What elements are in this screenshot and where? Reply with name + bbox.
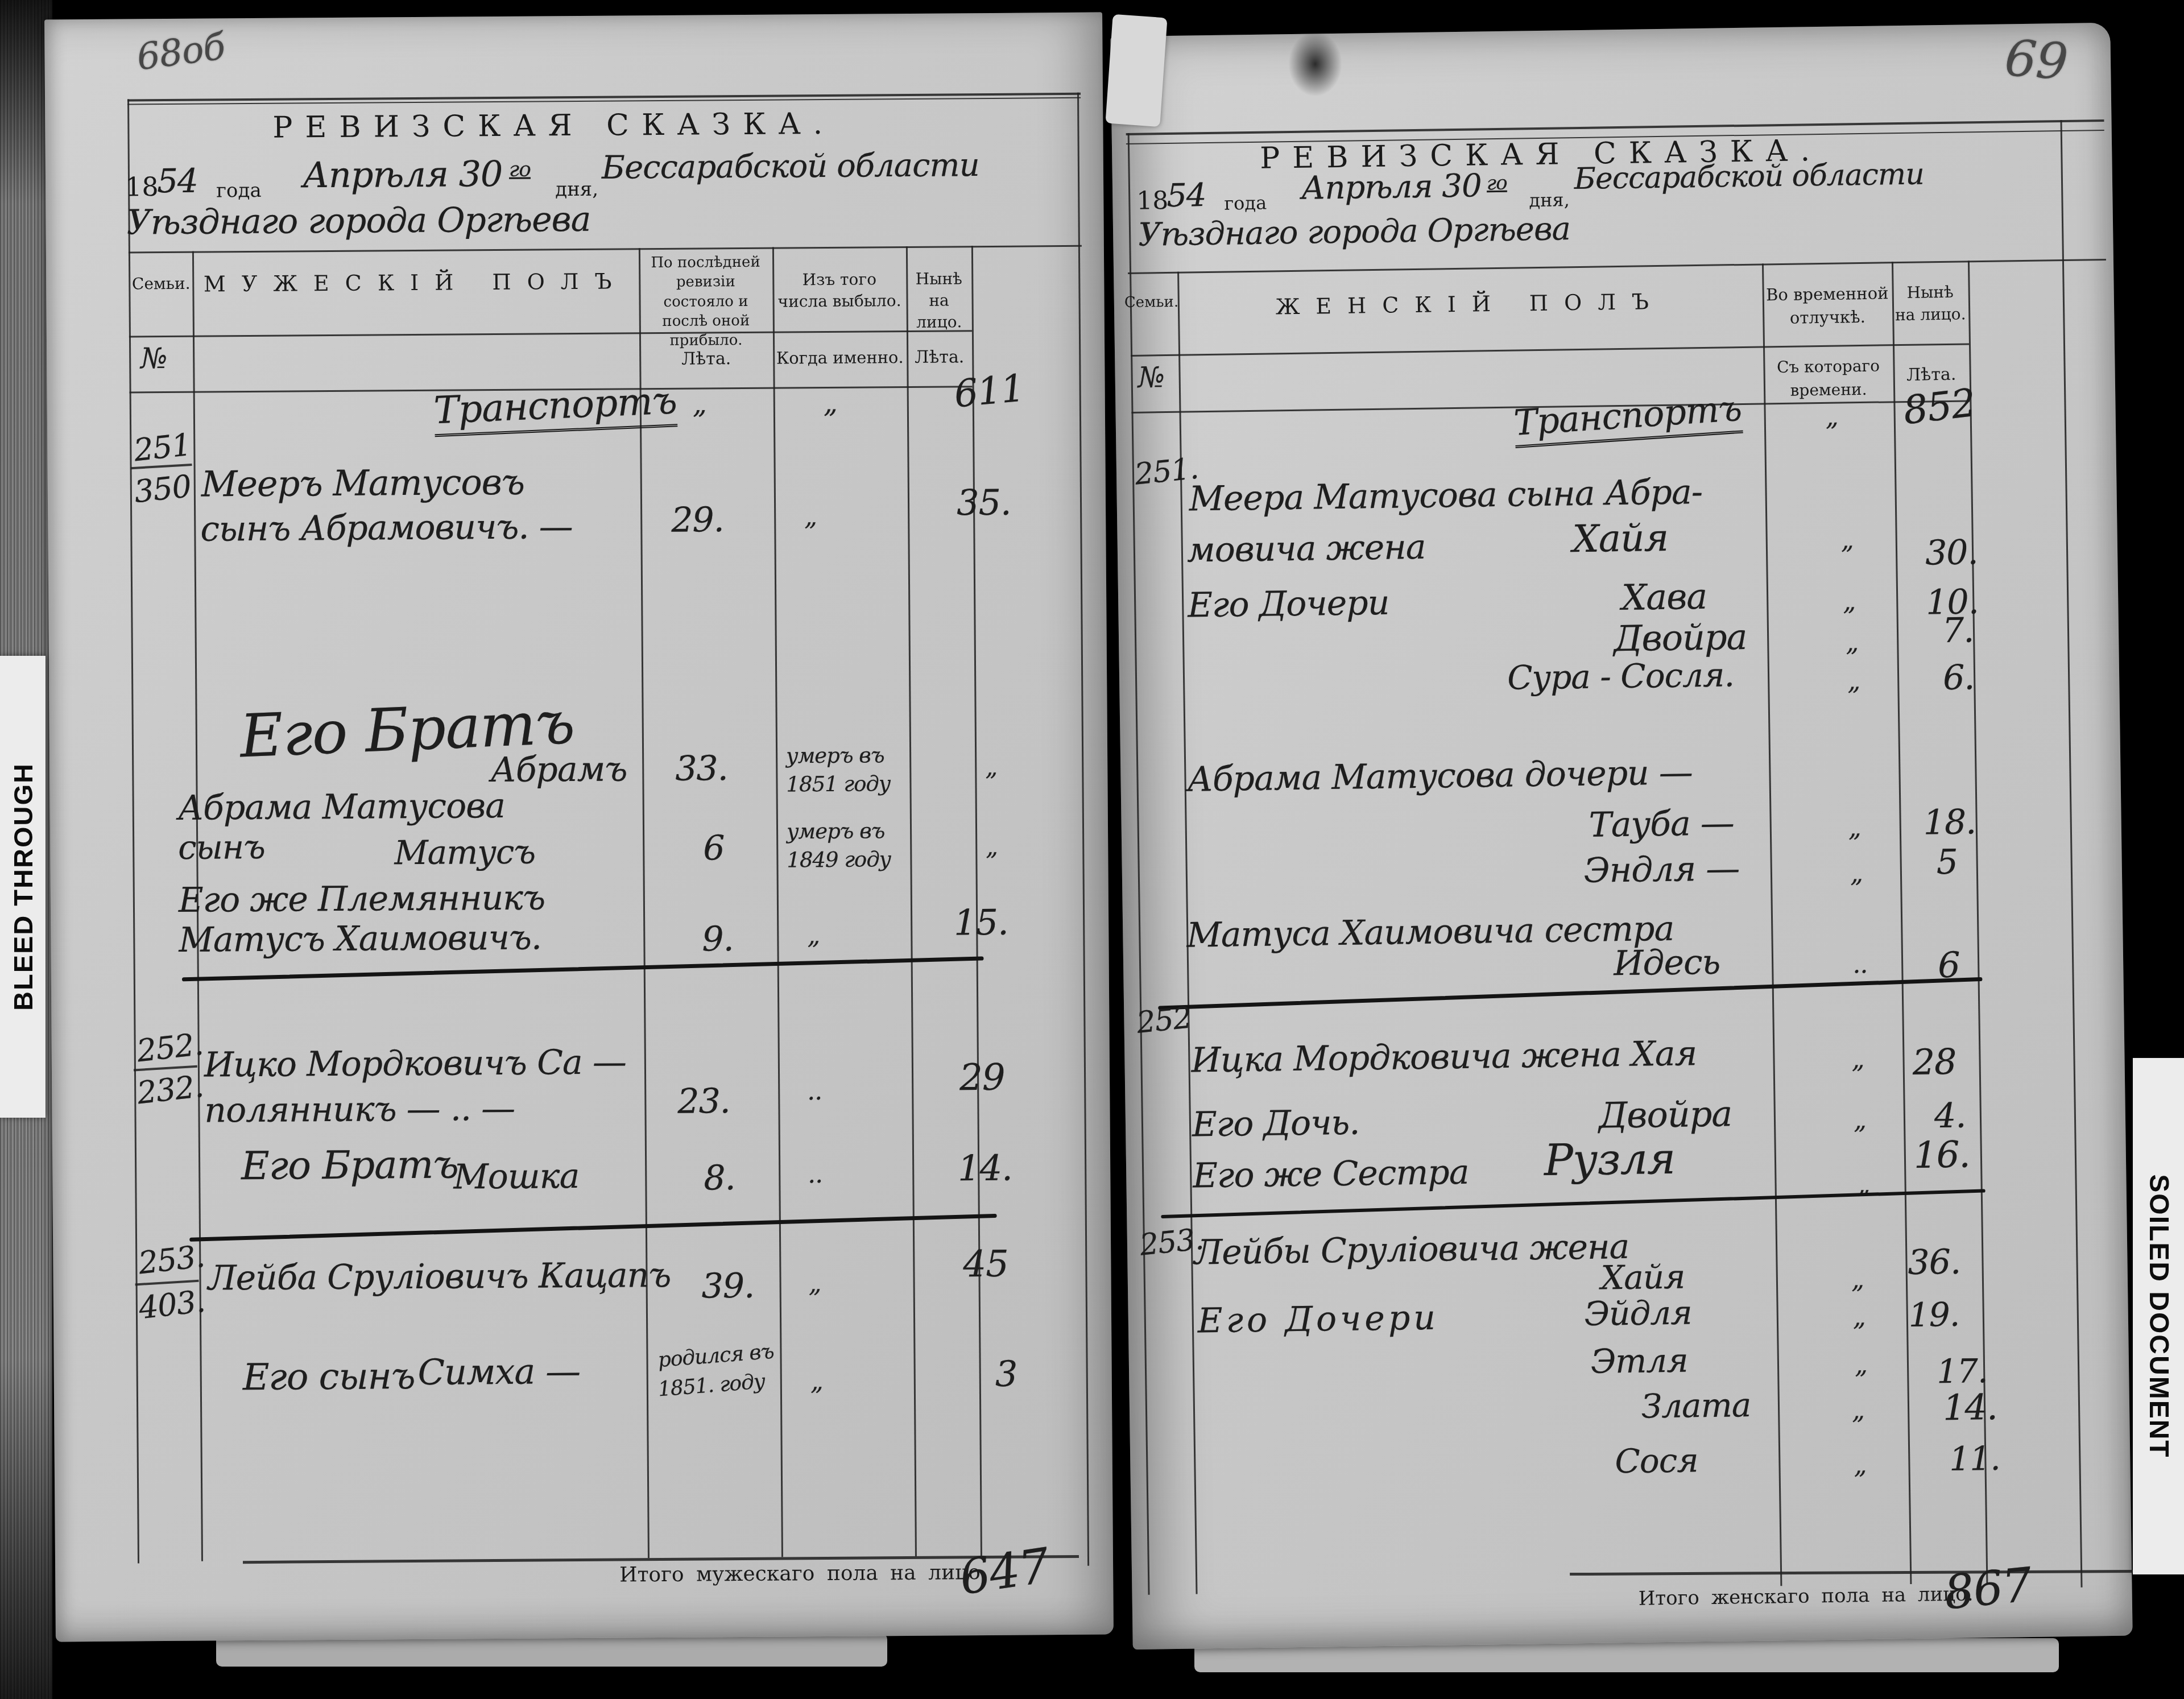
- right-fam253-away-mark3: „: [1855, 1353, 1867, 1378]
- left-date-printed-18: 18: [125, 173, 159, 200]
- paper-scrap: [1105, 14, 1167, 127]
- right-sister-name: Идесь: [1614, 945, 1720, 981]
- left-abram-died-line1: умеръ въ: [786, 745, 884, 766]
- rule-col-names: [639, 248, 650, 1558]
- left-col-family: Семьи.: [130, 276, 192, 292]
- left-nephew-name: Матусъ Хаимовичъ.: [179, 920, 541, 957]
- right-fam253-age5: 11.: [1949, 1442, 2000, 1475]
- right-fam253-age1: 36.: [1908, 1245, 1960, 1280]
- left-transport-departed-mark: „: [824, 390, 837, 417]
- bleed-through-label: BLEED THROUGH: [0, 656, 45, 1118]
- right-date-printed-goda: года: [1224, 194, 1267, 213]
- rule-subheader: [1131, 343, 1969, 357]
- left-son253-label: Его сынъ: [243, 1358, 415, 1396]
- right-abram-daughter2: Эндля —: [1583, 851, 1739, 888]
- left-date-ordinal: го: [509, 160, 531, 180]
- ink-smudge: [1288, 31, 1342, 97]
- right-date-ordinal: го: [1487, 173, 1507, 193]
- left-fam252-age-prev: 23.: [677, 1084, 730, 1119]
- right-fam251-daughters-label: Его Дочери: [1188, 586, 1389, 623]
- left-son253-born-line2: 1851. году: [657, 1371, 766, 1400]
- rule-below-date: [129, 245, 1082, 254]
- left-date-year: 54: [157, 164, 198, 197]
- left-total-value: 647: [957, 1541, 1052, 1602]
- left-brother252-departed-mark: ..: [808, 1162, 822, 1187]
- right-page: 69 РЕВИЗСКАЯ СКАЗКА. 18 54 года Апрѣля 3…: [1110, 23, 2132, 1650]
- right-fam252-age1: 28: [1912, 1044, 1956, 1080]
- right-fam253-age2: 19.: [1908, 1298, 1959, 1332]
- right-date-city: Уѣзднаго города Оргѣева: [1138, 213, 1571, 251]
- right-date-printed-18: 18: [1136, 188, 1169, 214]
- right-abram-daughters-label: Абрама Матусова дочери —: [1187, 755, 1693, 796]
- rule-left-border: [1128, 133, 1150, 1595]
- left-title: РЕВИЗСКАЯ СКАЗКА.: [272, 109, 784, 142]
- rule-right-border: [2060, 120, 2082, 1588]
- right-col-away: Во временной отлучкѣ.: [1765, 282, 1889, 329]
- right-fam251-age3: 7.: [1942, 613, 1974, 648]
- right-fam251-away-mark3: „: [1846, 630, 1858, 655]
- left-brother252-name: Мошка: [453, 1159, 579, 1194]
- right-folio-number: 69: [2003, 33, 2069, 88]
- left-matus-died-line2: 1849 году: [787, 849, 891, 870]
- right-fam251-age4: 6.: [1943, 660, 1975, 695]
- right-fam252-sister-name: Рузля: [1544, 1137, 1675, 1182]
- right-fam251-name-line1: Меера Матусова сына Абра-: [1189, 475, 1702, 516]
- left-fam252-name-line1: Ицко Мордковичъ Са —: [204, 1045, 626, 1082]
- left-fam252-number-alt: 232.: [136, 1071, 205, 1109]
- family-separator: [1158, 977, 1982, 1010]
- right-sister-label: Матуса Хаимовича сестра: [1186, 912, 1674, 953]
- right-date-year: 54: [1167, 180, 1206, 212]
- right-fam253-daughter4: Сося: [1615, 1444, 1698, 1478]
- right-fam253-age3: 17.: [1937, 1354, 1988, 1388]
- left-fam251-number: 251: [133, 429, 192, 466]
- right-fam252-sister-label: Его же Сестра: [1193, 1155, 1469, 1193]
- left-abram-age-prev: 33.: [675, 751, 728, 786]
- right-col-no: №: [1137, 363, 1164, 392]
- right-sister-mark: ..: [1852, 952, 1868, 977]
- left-fam252-number: 252.: [135, 1029, 205, 1067]
- left-fam251-age-prev: 29.: [671, 503, 724, 538]
- left-nephew-age-now: 15.: [954, 905, 1008, 941]
- right-fam251-away-mark1: „: [1840, 528, 1853, 553]
- family-separator: [189, 1214, 997, 1242]
- left-fam253-name: Лейба Сруліовичъ Кацапъ: [208, 1258, 671, 1296]
- left-abram-now-mark: „: [985, 755, 997, 779]
- right-transport-away-mark: „: [1825, 405, 1838, 430]
- rule-subheader: [129, 330, 972, 337]
- left-fam253-number: 253.: [137, 1241, 206, 1279]
- left-col-present: Нынѣ на лицо.: [909, 268, 969, 333]
- left-fam252-name-line2: полянникъ — .. —: [204, 1092, 515, 1128]
- left-matus-name-line2: сынъ: [178, 830, 265, 864]
- left-nephew-departed-mark: „: [807, 923, 820, 948]
- left-page: 68об РЕВИЗСКАЯ СКАЗКА. 18 54 года Апрѣля…: [44, 13, 1114, 1642]
- left-col-revision-sub: Лѣта.: [642, 350, 770, 369]
- right-abram-daughter1-age: 18.: [1923, 805, 1976, 840]
- right-fam251-daughter3: Сура - Сосля.: [1507, 658, 1735, 695]
- scanned-book-spread: { "tapes": {"left": "BLEED THROUGH", "ri…: [0, 0, 2184, 1699]
- right-total-value: 867: [1942, 1562, 2034, 1617]
- left-son253-born-line1: родился въ: [657, 1342, 774, 1371]
- left-son253-age-now: 3: [995, 1357, 1017, 1392]
- right-fam253-away-mark1: „: [1851, 1267, 1864, 1292]
- left-fam253-departed-mark: „: [808, 1271, 821, 1296]
- left-fam252-age-now: 29: [959, 1060, 1005, 1097]
- right-abram-daughter1-mark: „: [1848, 816, 1861, 841]
- left-matus-name-line1: Абрама Матусова: [178, 789, 506, 825]
- left-col-present-sub: Лѣта.: [909, 349, 969, 366]
- right-date-printed-dnya: дня,: [1529, 191, 1570, 209]
- right-fam253-wife-name: Хайя: [1600, 1260, 1685, 1295]
- left-matus-died-line1: умеръ въ: [787, 820, 885, 842]
- left-fam251-name-line2: сынъ Абрамовичъ. —: [200, 510, 573, 547]
- left-son253-name: Симха —: [417, 1354, 580, 1390]
- left-brother252-age-prev: 8.: [704, 1161, 735, 1195]
- bleed-through-label-text: BLEED THROUGH: [7, 763, 39, 1011]
- left-col-no: №: [140, 344, 167, 373]
- left-col-main: МУЖЕСКІЙ ПОЛЪ: [192, 270, 639, 295]
- left-fam251-departed-mark: „: [804, 505, 817, 530]
- rule-below-date: [1128, 259, 2106, 274]
- right-fam252-age2: 4.: [1934, 1099, 1966, 1134]
- right-col-present: Нынѣ на лицо.: [1894, 280, 1966, 326]
- soiled-document-label: SOILED DOCUMENT: [2133, 1058, 2184, 1574]
- right-date-month: Апрѣля 30: [1301, 170, 1482, 204]
- right-col-main: ЖЕНСКІЙ ПОЛЪ: [1178, 289, 1763, 319]
- left-matus-age-prev: 6: [703, 831, 725, 865]
- right-fam252-away-mark1: „: [1851, 1047, 1864, 1072]
- right-fam253-age4: 14.: [1943, 1390, 1997, 1425]
- right-transport-total: 852: [1901, 384, 1978, 431]
- right-fam251-daughter1: Хава: [1622, 579, 1707, 615]
- right-fam253-away-mark4: „: [1852, 1398, 1864, 1423]
- right-fam251-daughter2: Двойра: [1614, 619, 1747, 656]
- right-fam251-name-line2: мовича жена: [1186, 530, 1425, 568]
- left-fam253-number-alt: 403.: [137, 1286, 206, 1324]
- right-fam252-daughter-label: Его Дочь.: [1192, 1105, 1360, 1142]
- left-nephew-age-prev: 9.: [702, 922, 734, 956]
- right-fam251-wife-name: Хайя: [1572, 519, 1668, 558]
- left-abram-died-line2: 1851 году: [786, 773, 890, 795]
- left-date-month: Апрѣля 30: [303, 156, 503, 193]
- right-abram-daughter2-age: 5: [1936, 845, 1958, 880]
- right-col-present-sub: Лѣта.: [1896, 366, 1967, 384]
- soiled-document-label-text: SOILED DOCUMENT: [2143, 1174, 2174, 1458]
- right-transport-label: Транспортъ: [1513, 391, 1743, 448]
- left-date-province: Бессарабской области: [602, 150, 979, 184]
- left-date-city: Уѣзднаго города Оргѣева: [126, 202, 590, 240]
- right-fam251-away-mark2: „: [1843, 589, 1855, 614]
- left-total-label: Итого мужескаго пола на лицо.: [619, 1562, 987, 1586]
- left-col-revision: По послѣдней ревизіи состояло и послѣ он…: [642, 253, 770, 351]
- rule-col-present: [971, 246, 982, 1556]
- rule-total: [1570, 1570, 2133, 1576]
- right-fam252-daughter1: Двойра: [1598, 1096, 1732, 1133]
- left-folio-number: 68об: [135, 28, 227, 76]
- right-fam253-daughter3: Злата: [1641, 1388, 1751, 1423]
- right-fam253-away-mark2: „: [1853, 1305, 1865, 1330]
- rule-left-border: [127, 99, 139, 1563]
- left-son253-departed-mark: „: [810, 1369, 823, 1394]
- left-fam253-age-now: 45: [963, 1246, 1008, 1283]
- left-matus-name-line3: Матусъ: [394, 836, 535, 870]
- left-transport-total: 611: [953, 369, 1026, 413]
- left-date-printed-goda: года: [216, 181, 262, 201]
- left-fam253-age-prev: 39.: [701, 1269, 754, 1304]
- rule-col-names: [1762, 263, 1782, 1586]
- left-col-departed-sub: Когда именно.: [776, 349, 904, 367]
- right-fam253-daughter2: Этля: [1590, 1344, 1688, 1378]
- left-nephew-label: Его же Племянникъ: [179, 880, 545, 917]
- right-abram-daughter2-mark: „: [1850, 861, 1863, 886]
- right-fam252-number: 252: [1135, 1003, 1193, 1038]
- rule-col-departed: [906, 246, 917, 1556]
- right-total-label: Итого женскаго пола на лицо.: [1638, 1584, 1973, 1608]
- left-col-departed: Изъ того числа выбыло.: [775, 268, 904, 312]
- family-separator: [182, 957, 984, 982]
- rule-top-outer: [1126, 119, 2104, 135]
- right-fam251-age1: 30.: [1925, 535, 1978, 570]
- left-fam251-name-line1: Мееръ Матусовъ: [201, 465, 525, 502]
- left-fam252-departed-mark: ..: [807, 1079, 822, 1104]
- rule-col-away: [1892, 262, 1912, 1584]
- right-col-away-sub: Съ котораго времени.: [1766, 354, 1891, 402]
- right-fam252-age3: 16.: [1913, 1137, 1970, 1174]
- right-fam253-daughter1: Эйдля: [1584, 1296, 1692, 1330]
- left-fam251-age-now: 35.: [957, 485, 1011, 521]
- right-date-province: Бессарабской области: [1574, 159, 1925, 194]
- left-fam251-number-alt: 350: [133, 471, 192, 508]
- right-fam253-away-mark5: „: [1854, 1453, 1866, 1478]
- left-brother252-age-now: 14.: [958, 1151, 1012, 1187]
- right-fam252-name: Ицка Мордковича жена Хая: [1191, 1036, 1697, 1077]
- right-abram-daughter1: Тауба —: [1589, 806, 1734, 842]
- right-fam251-away-mark4: „: [1847, 669, 1860, 694]
- left-abram-name: Абрамъ: [490, 752, 627, 787]
- left-date-printed-dnya: дня,: [555, 180, 598, 200]
- left-matus-now-mark: „: [986, 835, 998, 859]
- left-transport-revision-mark: „: [693, 390, 706, 417]
- left-brother252-label: Его Братъ: [241, 1146, 458, 1186]
- right-fam253-daughters-label: Его Дочери: [1197, 1301, 1439, 1338]
- right-fam253-name: Лейбы Сруліовича жена: [1194, 1230, 1629, 1270]
- rule-right-border: [1077, 93, 1089, 1566]
- right-col-family: Семьи.: [1124, 295, 1178, 310]
- right-fam252-away-mark2: „: [1854, 1108, 1866, 1133]
